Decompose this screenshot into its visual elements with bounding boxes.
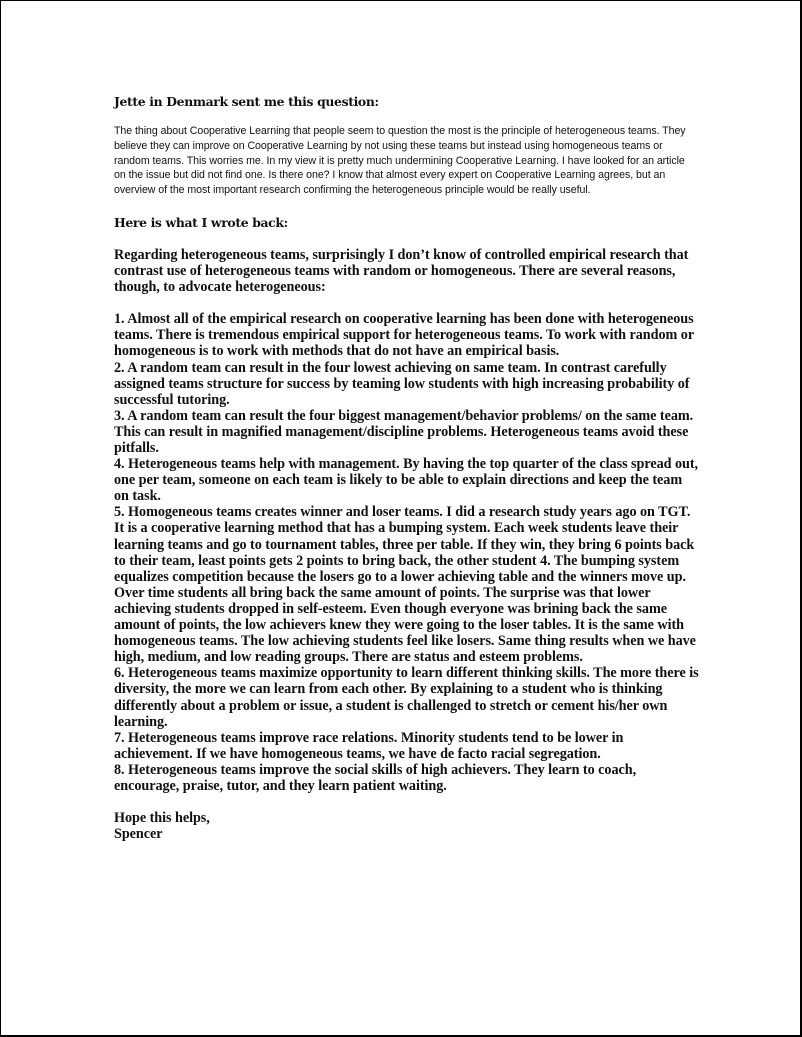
reason-item: 6. Heterogeneous teams maximize opportun… [114, 665, 699, 729]
signature: Spencer [114, 826, 699, 842]
document-body: Jette in Denmark sent me this question: … [114, 94, 714, 842]
reason-item: 1. Almost all of the empirical research … [114, 311, 699, 359]
reasons-list: 1. Almost all of the empirical research … [114, 311, 699, 794]
reason-item: 8. Heterogeneous teams improve the socia… [114, 762, 699, 794]
closing-block: Hope this helps, Spencer [114, 810, 699, 842]
reason-item: 4. Heterogeneous teams help with managem… [114, 456, 699, 504]
reason-item: 3. A random team can result the four big… [114, 408, 699, 456]
question-paragraph: The thing about Cooperative Learning tha… [114, 124, 699, 198]
reason-item: 2. A random team can result in the four … [114, 360, 699, 408]
reason-item: 5. Homogeneous teams creates winner and … [114, 504, 699, 665]
reply-heading: Here is what I wrote back: [114, 215, 714, 231]
reply-intro-paragraph: Regarding heterogeneous teams, surprisin… [114, 247, 699, 295]
closing-line: Hope this helps, [114, 810, 699, 826]
reason-item: 7. Heterogeneous teams improve race rela… [114, 730, 699, 762]
document-page: Jette in Denmark sent me this question: … [0, 0, 802, 1037]
question-heading: Jette in Denmark sent me this question: [114, 94, 714, 110]
